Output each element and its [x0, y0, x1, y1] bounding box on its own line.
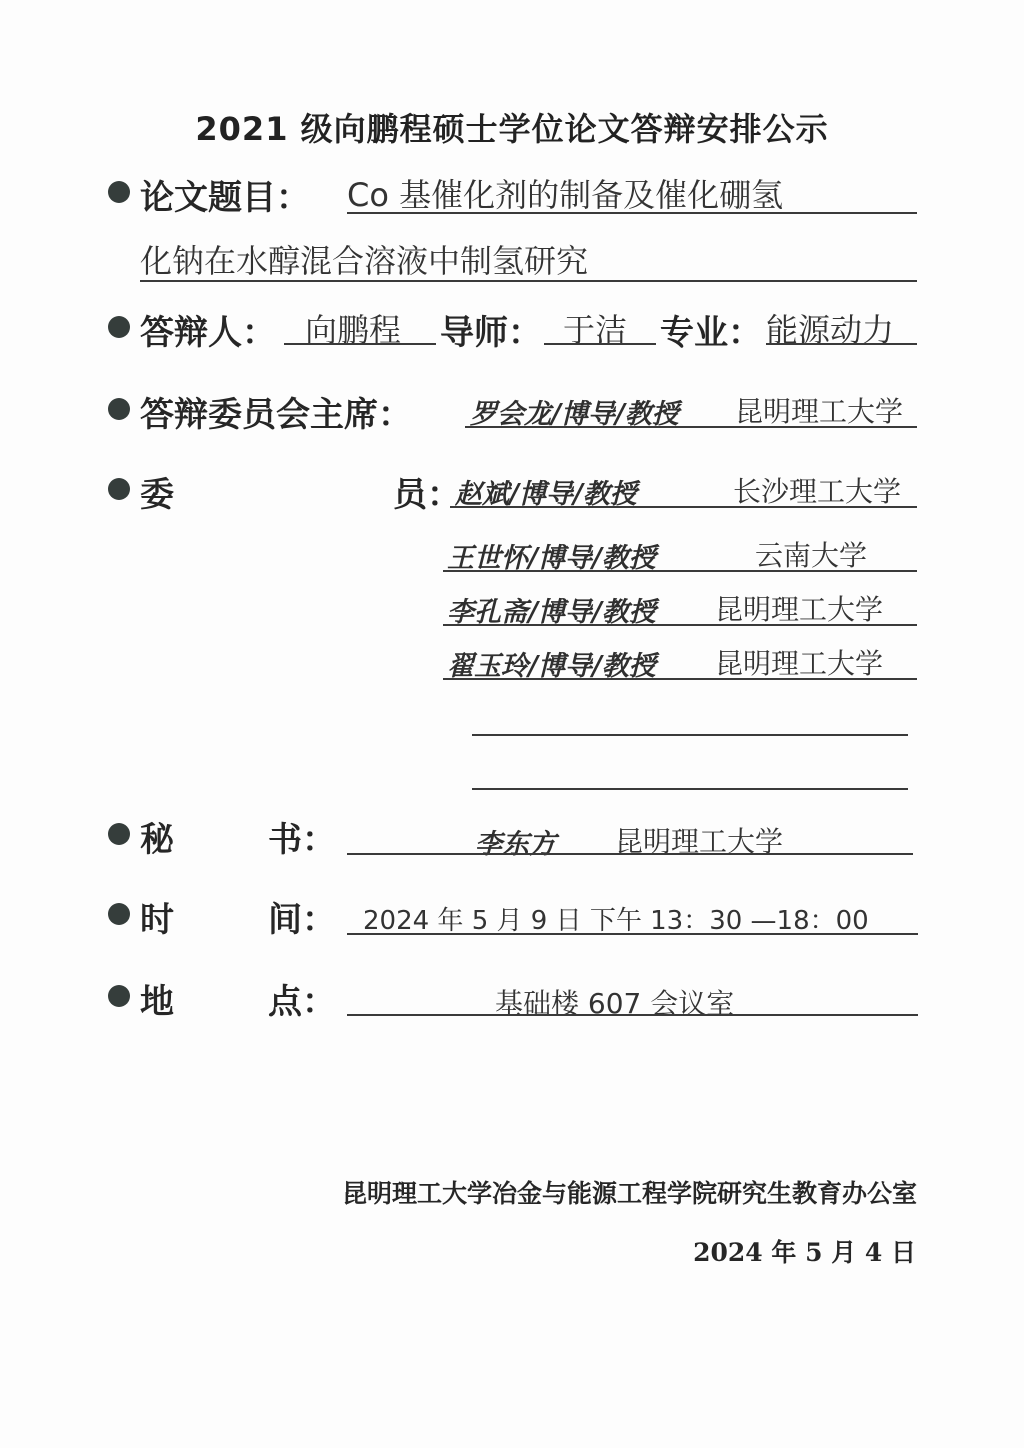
underline [544, 343, 656, 345]
underline [443, 624, 917, 626]
members-label-right: 员： [393, 467, 461, 516]
time-label-left: 时 [140, 892, 174, 941]
page-title: 2021 级向鹏程硕士学位论文答辩安排公示 [0, 104, 1024, 150]
thesis-title-line2: 化钠在水醇混合溶液中制氢研究 [140, 236, 588, 282]
secretary-label-right: 书： [268, 812, 336, 861]
bullet-icon [108, 985, 130, 1007]
underline [443, 678, 917, 680]
place-label-right: 点： [268, 974, 336, 1023]
thesis-label: 论文题目： [140, 170, 310, 219]
defender-label: 答辩人： [140, 305, 276, 354]
member-affiliation: 昆明理工大学 [715, 642, 883, 682]
time-label-right: 间： [268, 892, 336, 941]
place-label-left: 地 [140, 974, 174, 1023]
member-affiliation: 长沙理工大学 [733, 470, 901, 510]
underline [140, 280, 917, 282]
members-label-left: 委 [140, 467, 174, 516]
underline [347, 853, 913, 855]
underline [347, 212, 917, 214]
underline [284, 343, 436, 345]
chair-label: 答辩委员会主席： [140, 387, 412, 436]
member-affiliation: 昆明理工大学 [715, 588, 883, 628]
bullet-icon [108, 181, 130, 203]
member-affiliation: 云南大学 [755, 534, 867, 574]
underline [347, 1014, 918, 1016]
issue-date: 2024 年 5 月 4 日 [693, 1233, 916, 1269]
bullet-icon [108, 398, 130, 420]
underline [766, 343, 917, 345]
bullet-icon [108, 478, 130, 500]
blank-underline [472, 734, 908, 736]
advisor-label: 导师： [440, 305, 542, 354]
underline [347, 933, 918, 935]
issuing-office: 昆明理工大学冶金与能源工程学院研究生教育办公室 [342, 1174, 917, 1210]
bullet-icon [108, 823, 130, 845]
secretary-name: 李东方 [475, 822, 556, 861]
time-value: 2024 年 5 月 9 日 下午 13：30 —18：00 [363, 900, 869, 937]
chair-affiliation: 昆明理工大学 [735, 390, 903, 430]
bullet-icon [108, 316, 130, 338]
place-value: 基础楼 607 会议室 [495, 982, 734, 1022]
underline [443, 570, 917, 572]
major-label: 专业： [660, 305, 762, 354]
secretary-label-left: 秘 [140, 812, 174, 861]
blank-underline [472, 788, 908, 790]
thesis-title-line1: Co 基催化剂的制备及催化硼氢 [347, 170, 783, 216]
underline [465, 426, 917, 428]
bullet-icon [108, 903, 130, 925]
underline [450, 506, 917, 508]
